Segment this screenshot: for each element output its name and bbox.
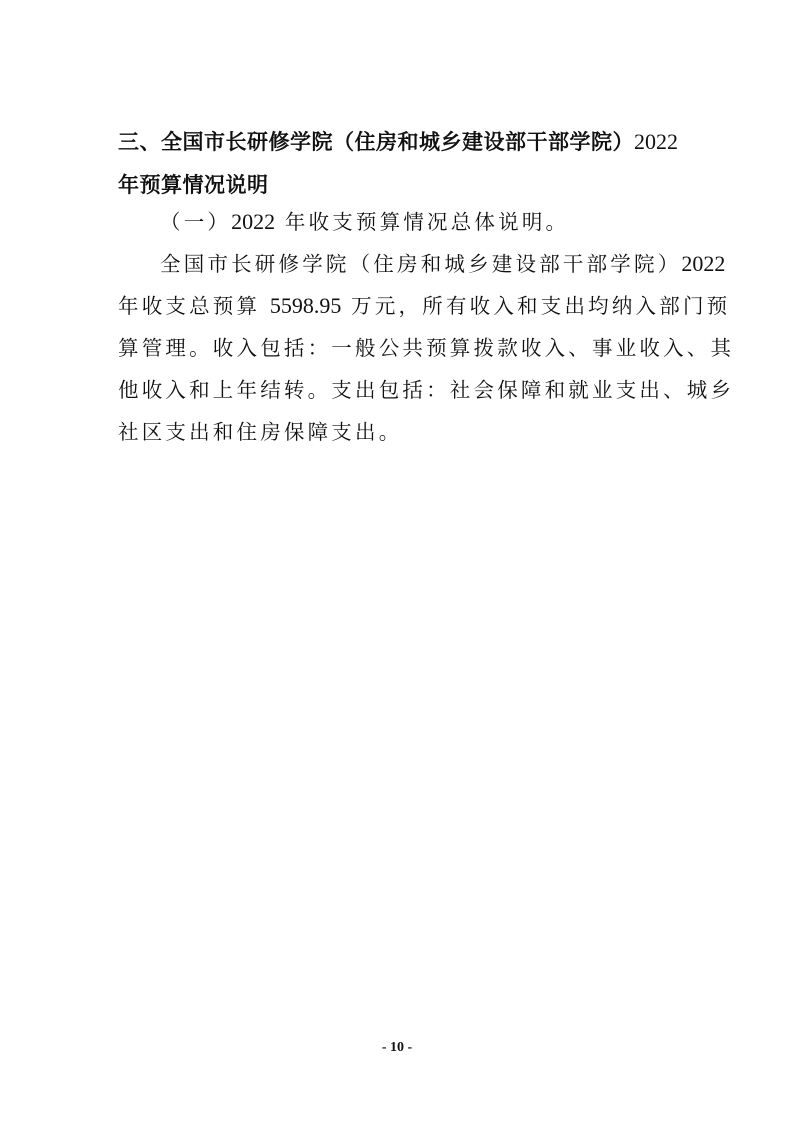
paragraph-text: 算管理。收入包括：一般公共预算拨款收入、事业收入、其 [118, 336, 734, 360]
paragraph-text: 社区支出和住房保障支出。 [118, 420, 402, 444]
subsection-year: 2022 [231, 209, 275, 234]
paragraph-line-2: 年收支总预算 5598.95 万元，所有收入和支出均纳入部门预 [118, 292, 730, 320]
subsection-prefix: （一） [160, 210, 231, 234]
paragraph-text: 年收支总预算 [118, 294, 260, 318]
paragraph-line-1: 全国市长研修学院（住房和城乡建设部干部学院）2022 [160, 250, 725, 278]
paragraph-line-3: 算管理。收入包括：一般公共预算拨款收入、事业收入、其 [118, 334, 734, 362]
paragraph-text: 他收入和上年结转。支出包括：社会保障和就业支出、城乡 [118, 378, 734, 402]
paragraph-line-4: 他收入和上年结转。支出包括：社会保障和就业支出、城乡 [118, 376, 734, 404]
document-page: 三、全国市长研修学院（住房和城乡建设部干部学院）2022 年预算情况说明 （一）… [0, 0, 794, 1123]
page-number: - 10 - [0, 1040, 794, 1056]
paragraph-text: 万元，所有收入和支出均纳入部门预 [351, 294, 730, 318]
section-heading-line-2: 年预算情况说明 [118, 171, 269, 199]
paragraph-year: 2022 [681, 251, 725, 276]
subsection-heading: （一）2022 年收支预算情况总体说明。 [160, 208, 569, 236]
subsection-title: 年收支预算情况总体说明。 [285, 210, 569, 234]
paragraph-line-5: 社区支出和住房保障支出。 [118, 418, 402, 446]
section-heading-line-1: 三、全国市长研修学院（住房和城乡建设部干部学院）2022 [118, 128, 678, 156]
paragraph-text: 全国市长研修学院（住房和城乡建设部干部学院） [160, 252, 681, 276]
section-heading-text-2: 年预算情况说明 [118, 173, 269, 197]
section-heading-text: 三、全国市长研修学院（住房和城乡建设部干部学院） [118, 130, 634, 154]
section-heading-year: 2022 [634, 129, 678, 154]
budget-amount: 5598.95 [270, 293, 342, 318]
